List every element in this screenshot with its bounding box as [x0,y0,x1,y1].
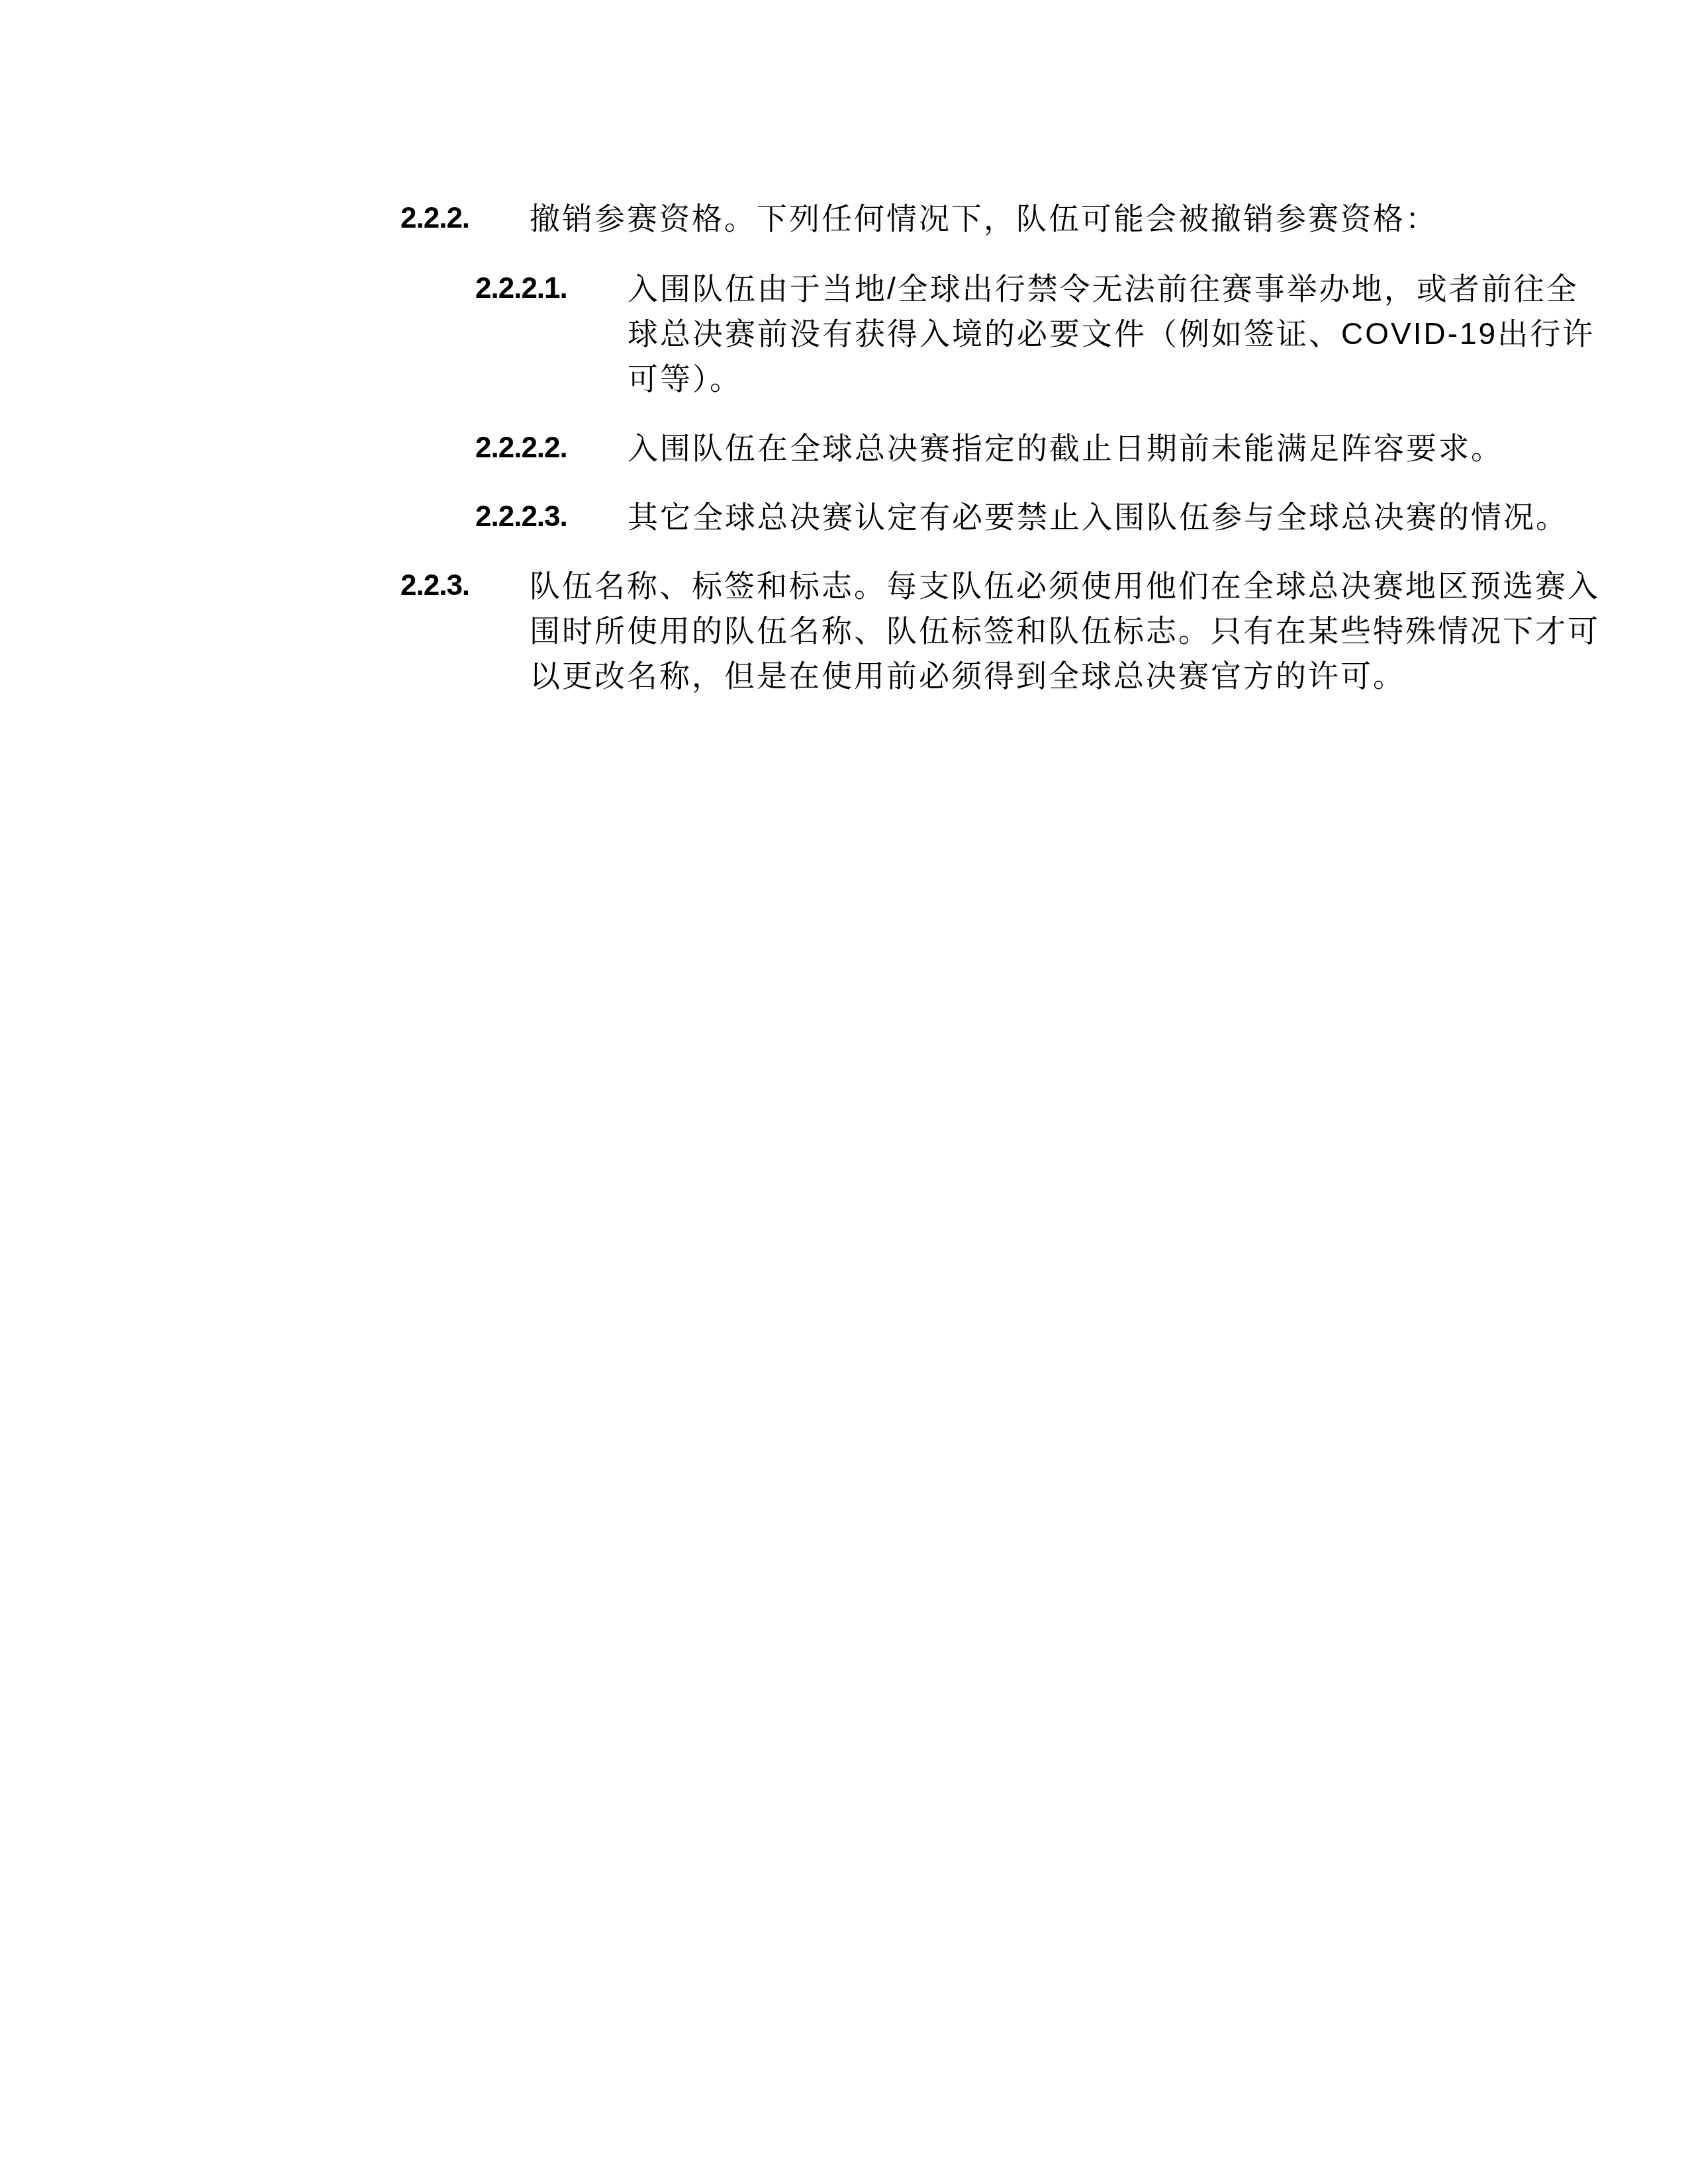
section-line: 队伍名称、标签和标志。每支队伍必须使用他们在全球总决赛地区预选赛入 [530,563,1600,608]
section-number: 2.2.2.3. [475,494,567,539]
section-body: 其它全球总决赛认定有必要禁止入围队伍参与全球总决赛的情况。 [628,494,1568,539]
section-body: 撤销参赛资格。下列任何情况下，队伍可能会被撤销参赛资格： [530,196,1438,241]
section-number: 2.2.3. [400,563,469,608]
section-number: 2.2.2.2. [475,426,567,471]
document-page: 2.2.2. 撤销参赛资格。下列任何情况下，队伍可能会被撤销参赛资格： 2.2.… [0,0,1688,2184]
section-body: 入围队伍由于当地/全球出行禁令无法前往赛事举办地，或者前往全 球总决赛前没有获得… [628,266,1595,401]
section-line: 以更改名称，但是在使用前必须得到全球总决赛官方的许可。 [530,653,1600,698]
section-body: 队伍名称、标签和标志。每支队伍必须使用他们在全球总决赛地区预选赛入 围时所使用的… [530,563,1600,698]
section-line: 其它全球总决赛认定有必要禁止入围队伍参与全球总决赛的情况。 [628,494,1568,539]
section-number: 2.2.2. [400,196,469,241]
section-line: 围时所使用的队伍名称、队伍标签和队伍标志。只有在某些特殊情况下才可 [530,608,1600,653]
section-number: 2.2.2.1. [475,266,567,311]
section-line: 入围队伍由于当地/全球出行禁令无法前往赛事举办地，或者前往全 [628,266,1595,311]
section-line: 可等）。 [628,356,1595,401]
section-line: 入围队伍在全球总决赛指定的截止日期前未能满足阵容要求。 [628,426,1503,471]
section-line: 球总决赛前没有获得入境的必要文件（例如签证、COVID-19出行许 [628,311,1595,356]
section-line: 撤销参赛资格。下列任何情况下，队伍可能会被撤销参赛资格： [530,196,1438,241]
section-body: 入围队伍在全球总决赛指定的截止日期前未能满足阵容要求。 [628,426,1503,471]
